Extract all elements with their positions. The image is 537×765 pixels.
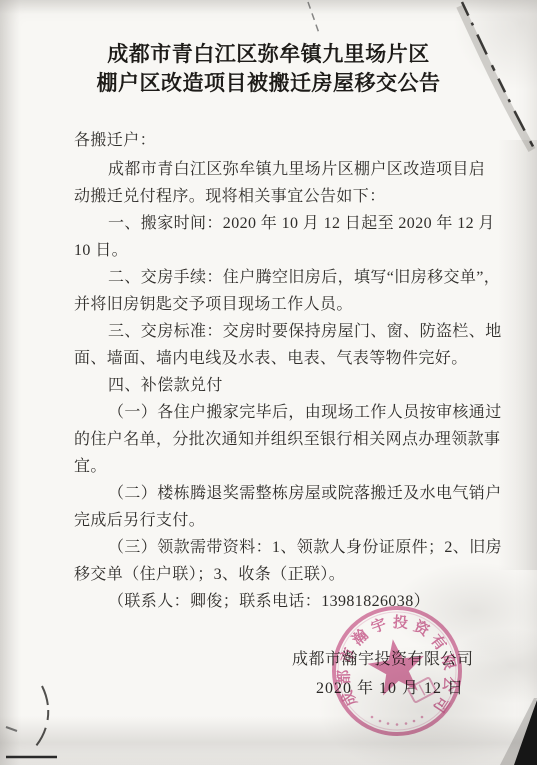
notice-body-line: 的住户名单，分批次通知并组织至银行相关网点办理领款事 [74,430,504,450]
scanned-notice-page: 成都市青白江区弥牟镇九里场片区 棚户区改造项目被搬迁房屋移交公告 各搬迁户： 成… [0,0,537,765]
notice-body-line: 二、交房手续：住户腾空旧房后，填写“旧房移交单”， [74,268,537,288]
crease-bottom-left-curve [36,686,48,746]
notice-body-line: （三）领款需带资料：1、领款人身份证原件；2、旧房 [74,538,537,558]
seal-serial-marks [371,716,424,726]
notice-body-line: 宜。 [74,457,504,477]
notice-body-line: 完成后另行支付。 [74,511,504,531]
corner-fold-shadow [500,698,537,765]
notice-body-line: 并将旧房钥匙交予项目现场工作人员。 [74,295,504,315]
notice-body-line: （一）各住户搬家完毕后，由现场工作人员按审核通过 [74,403,537,423]
seal-star [365,635,429,697]
corner-fold-dark-bottom-right [514,700,537,765]
notice-body-line: 移交单（住户联）；3、收条（正联）。 [74,565,504,585]
paper-shading-top [0,0,537,14]
notice-body-line: 面、墙面、墙内电线及水表、电表、气表等物件完好。 [74,349,504,369]
notice-body-line: 四、补偿款兑付 [74,376,537,396]
official-seal: 成都市瀚宇投资有限公司 [326,602,468,744]
notice-body-line: 成都市青白江区弥牟镇九里场片区棚户区改造项目启 [74,160,537,180]
crease-bottom-left-tick [6,727,17,731]
crease-top-center [308,2,320,36]
notice-body-line: 一、搬家时间：2020 年 10 月 12 日起至 2020 年 12 月 [74,214,537,234]
notice-body-line: 10 日。 [74,241,504,261]
notice-title-line-1: 成都市青白江区弥牟镇九里场片区 [0,38,537,68]
notice-title-line-2: 棚户区改造项目被搬迁房屋移交公告 [0,67,537,97]
notice-body-line: 动搬迁兑付程序。现将相关事宜公告如下： [74,187,504,207]
paper-shading-left [0,0,20,765]
notice-salutation: 各搬迁户： [74,131,504,151]
notice-body-line: （二）楼栋腾退奖需整栋房屋或院落搬迁及水电气销户 [74,484,537,504]
notice-body-line: 三、交房标准：交房时要保持房屋门、窗、防盗栏、地 [74,322,537,342]
